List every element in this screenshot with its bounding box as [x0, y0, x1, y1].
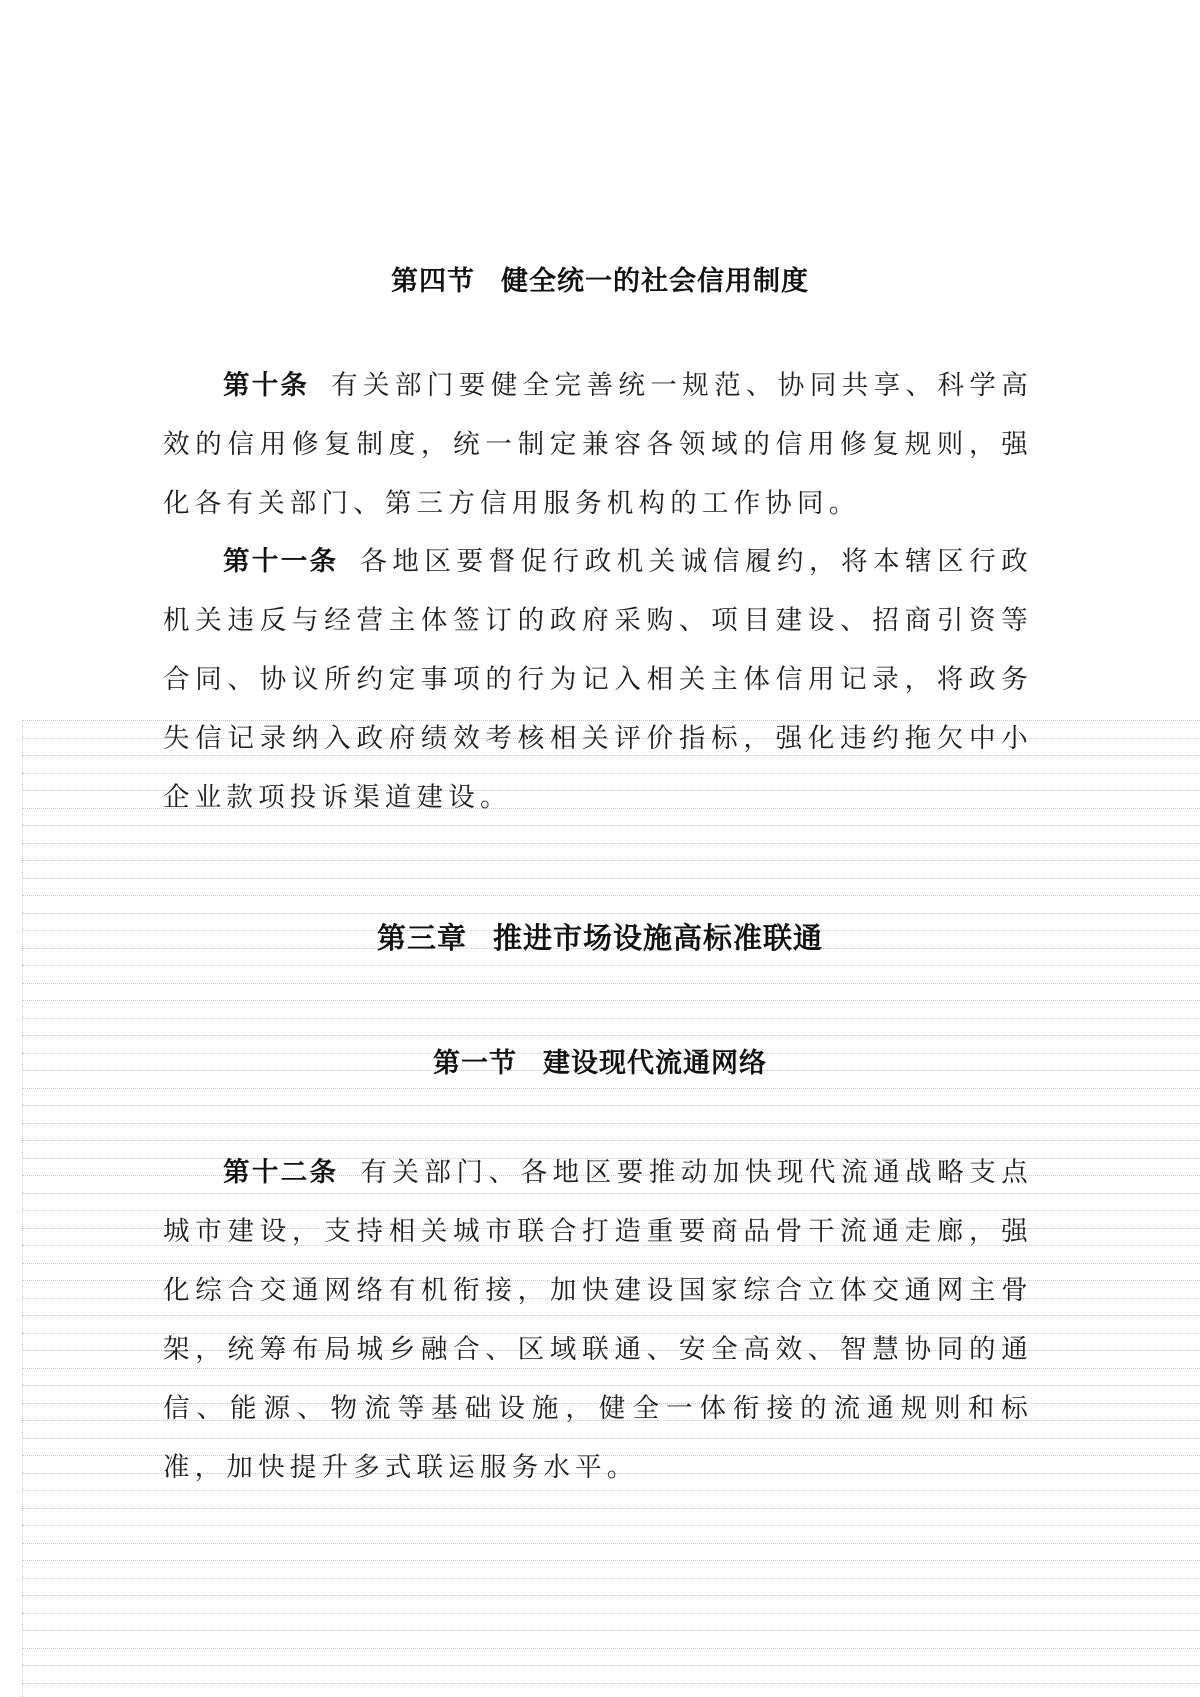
article-10: 第十条有关部门要健全完善统一规范、协同共享、科学高效的信用修复制度，统一制定兼容…	[163, 356, 1033, 533]
section-title: 建设现代流通网络	[543, 1048, 767, 1079]
chapter-title: 推进市场设施高标准联通	[493, 921, 823, 955]
chapter-heading-3: 第三章推进市场设施高标准联通	[0, 916, 1200, 957]
section-number: 第一节	[433, 1048, 517, 1079]
section-heading-1: 第一节建设现代流通网络	[0, 1041, 1200, 1080]
article-text: 各地区要督促行政机关诚信履约，将本辖区行政机关违反与经营主体签订的政府采购、项目…	[163, 546, 1033, 813]
article-12: 第十二条有关部门、各地区要推动加快现代流通战略支点城市建设，支持相关城市联合打造…	[163, 1143, 1033, 1497]
section-number: 第四节	[391, 266, 475, 297]
article-label: 第十条	[223, 370, 309, 401]
chapter-number: 第三章	[377, 921, 467, 955]
document-page: 第四节健全统一的社会信用制度 第十条有关部门要健全完善统一规范、协同共享、科学高…	[0, 0, 1200, 1697]
article-label: 第十二条	[223, 1157, 338, 1188]
article-text: 有关部门、各地区要推动加快现代流通战略支点城市建设，支持相关城市联合打造重要商品…	[163, 1157, 1033, 1483]
section-heading-4: 第四节健全统一的社会信用制度	[0, 259, 1200, 298]
article-label: 第十一条	[223, 546, 338, 577]
article-11: 第十一条各地区要督促行政机关诚信履约，将本辖区行政机关违反与经营主体签订的政府采…	[163, 532, 1033, 827]
section-title: 健全统一的社会信用制度	[501, 266, 809, 297]
